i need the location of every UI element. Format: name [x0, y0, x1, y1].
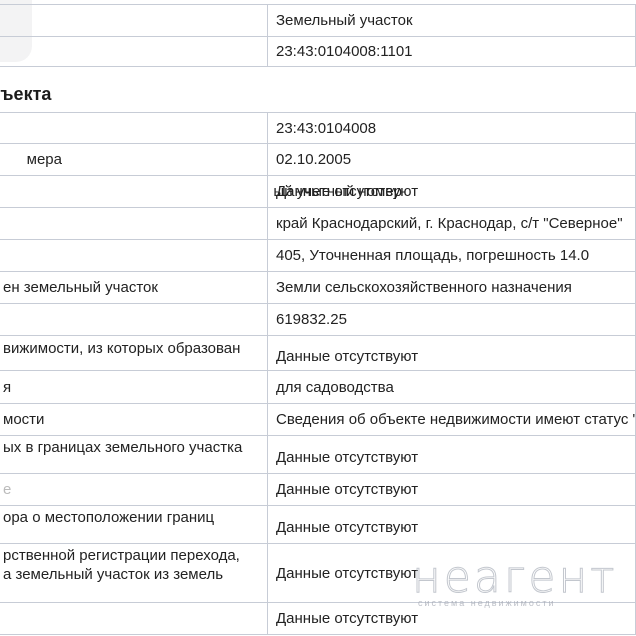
label-text: ый учетный номер: [273, 182, 402, 201]
object-summary-table: Вид объекта недвижимости Земельный участ…: [0, 4, 636, 67]
table-row: мости Сведения об объекте недвижимости и…: [0, 404, 636, 436]
permitted-use-value: для садоводства: [268, 371, 636, 404]
row-label: Вид объекта недвижимости: [0, 5, 268, 37]
label-text: мера: [27, 151, 62, 168]
land-category-value: Земли сельскохозяйственного назначения: [268, 272, 636, 304]
row-value: Данные отсутствуют: [268, 544, 636, 603]
cadastral-value: 619832.25: [268, 304, 636, 336]
row-label: [0, 603, 268, 635]
table-row: Номер кадастрового квартала 23:43:010400…: [0, 113, 636, 144]
row-label: мера: [0, 144, 268, 176]
row-value: Земельный участок: [268, 5, 636, 37]
label-text: ора о местоположении границ: [3, 509, 214, 526]
section-title-text: Сведения о характеристиках объекта: [0, 84, 51, 105]
address-value: край Краснодарский, г. Краснодар, с/т "С…: [268, 208, 636, 240]
label-text: я: [3, 379, 11, 396]
row-label: Номер кадастрового квартала: [0, 113, 268, 144]
label-text: Номер кадастрового квартала: [0, 120, 19, 137]
table-row: вижимости, из которых образован Данные о…: [0, 336, 636, 371]
row-label: [0, 240, 268, 272]
row-label: ора о местоположении границ: [0, 506, 268, 544]
row-label: ых в границах земельного участка: [0, 436, 268, 474]
table-row: ен земельный участок Земли сельскохозяйс…: [0, 272, 636, 304]
row-value: 23:43:0104008: [268, 113, 636, 144]
table-row: Вид объекта недвижимости Земельный участ…: [0, 5, 636, 37]
label-text: рственной регистрации перехода,: [3, 547, 240, 564]
table-row: 619832.25: [0, 304, 636, 336]
table-row: е Данные отсутствуют: [0, 474, 636, 506]
table-row: край Краснодарский, г. Краснодар, с/т "С…: [0, 208, 636, 240]
row-label: ен земельный участок: [0, 272, 268, 304]
row-label: я: [0, 371, 268, 404]
row-label: рственной регистрации перехода, а земель…: [0, 544, 268, 603]
table-row: я для садоводства: [0, 371, 636, 404]
cadastral-number-value: 23:43:0104008:1101: [268, 37, 636, 67]
label-text: а земельный участок из земель: [3, 566, 223, 583]
label-text: е: [3, 481, 11, 498]
label-text: ен земельный участок: [3, 279, 158, 296]
row-label: е: [0, 474, 268, 506]
row-label: вижимости, из которых образован: [0, 336, 268, 371]
table-row: ый учетный номер Данные отсутствуют: [0, 176, 636, 208]
row-label: [0, 208, 268, 240]
label-text: ых в границах земельного участка: [3, 439, 242, 456]
row-label: ый учетный номер: [0, 176, 268, 208]
row-value: 02.10.2005: [268, 144, 636, 176]
characteristics-table: Номер кадастрового квартала 23:43:010400…: [0, 112, 636, 635]
row-value: Данные отсутствуют: [268, 436, 636, 474]
row-label: [0, 304, 268, 336]
table-row: Данные отсутствуют: [0, 603, 636, 635]
table-row: ых в границах земельного участка Данные …: [0, 436, 636, 474]
table-row: Кадастровый номер 23:43:0104008:1101: [0, 37, 636, 67]
label-text: мости: [3, 411, 44, 428]
table-row: 405, Уточненная площадь, погрешность 14.…: [0, 240, 636, 272]
row-value: Данные отсутствуют: [268, 603, 636, 635]
row-value: Данные отсутствуют: [268, 474, 636, 506]
row-value: Данные отсутствуют: [268, 336, 636, 371]
table-row: мера 02.10.2005: [0, 144, 636, 176]
row-label: Кадастровый номер: [0, 37, 268, 67]
table-row: ора о местоположении границ Данные отсут…: [0, 506, 636, 544]
section-title: Сведения о характеристиках объекта: [0, 84, 51, 105]
record-status-value: Сведения об объекте недвижимости имеют с…: [268, 404, 636, 436]
table-row: рственной регистрации перехода, а земель…: [0, 544, 636, 603]
row-value: Данные отсутствуют: [268, 506, 636, 544]
row-label: мости: [0, 404, 268, 436]
label-text: вижимости, из которых образован: [3, 340, 240, 357]
area-value: 405, Уточненная площадь, погрешность 14.…: [268, 240, 636, 272]
